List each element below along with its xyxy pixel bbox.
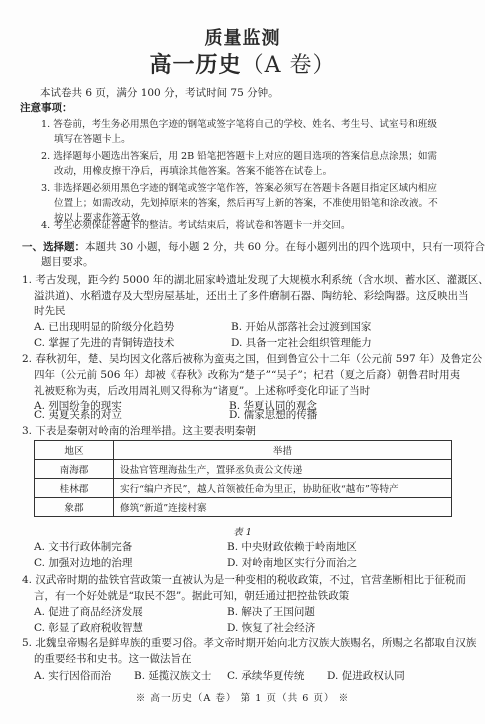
notice-item-2: 2. 选择题每小题选出答案后，用 2B 铅笔把答题卡上对应的题目选项的答案信息点…	[41, 150, 437, 164]
notice-item-2-cont: 改动，用橡皮擦干净后，再填涂其他答案。答案不能答在试卷上。	[54, 165, 332, 179]
section-heading: 一、选择题：本题共 30 小题，每小题 2 分，共 60 分。在每小题列出的四个…	[22, 240, 485, 254]
q1-option-a[interactable]: A. 已出现明显的阶级分化趋势	[34, 320, 174, 334]
q4-stem-cont: 言，有一个好处就是“取民不怨”。据此可知，朝廷通过把控盐铁政策	[34, 589, 349, 603]
q1-option-c[interactable]: C. 掌握了先进的青铜铸造技术	[34, 336, 174, 350]
page-footer: ※ 高一历史（A 卷） 第 1 页（共 6 页） ※	[0, 690, 485, 704]
table-row: 南海郡 设盐官管理海盐生产，置驿丞负责公文传递	[35, 460, 452, 479]
table-header-region: 地区	[35, 441, 114, 460]
table-cell-region: 象郡	[35, 498, 114, 517]
notice-item-1-cont: 填写在答题卡上。	[54, 133, 131, 147]
notice-item-3-cont: 位置上；如需改动，先划掉原来的答案，然后再写上新的答案，不准使用铅笔和涂改液。不	[54, 197, 438, 211]
q4-option-b[interactable]: B. 解决了王国问题	[227, 605, 315, 619]
section-desc-cont: 题目要求。	[41, 255, 94, 269]
table-cell-region: 南海郡	[35, 460, 114, 479]
notice-item-1: 1. 答卷前，考生务必用黑色字迹的钢笔或签字笔将自己的学校、姓名、考生号、试室号…	[41, 118, 437, 132]
section-desc: 本题共 30 小题，每小题 2 分，共 60 分。在每小题列出的四个选项中，只有…	[85, 241, 485, 253]
exam-subject-title: 高一历史（A 卷）	[0, 48, 485, 79]
q2-stem: 2. 春秋初年，楚、吴均因文化落后被称为蛮夷之国，但到鲁宣公十二年（公元前 59…	[22, 352, 482, 366]
q1-stem: 1. 考古发现，距今约 5000 年的湖北屈家岭遗址发现了大规模水利系统（含水坝…	[22, 273, 485, 287]
q2-stem-cont2: 礼被贬称为夷，后改用周礼则又得称为“诸夏”。上述称呼变化印证了当时	[34, 384, 370, 398]
subject-name: 高一历史	[150, 53, 242, 78]
exam-title: 质量监测	[0, 24, 485, 50]
q2-option-d[interactable]: D. 儒家思想的传播	[229, 408, 317, 422]
q1-option-d[interactable]: D. 具备一定社会组织管理能力	[231, 336, 372, 350]
notice-heading: 注意事项：	[20, 101, 73, 115]
q3-option-b[interactable]: B. 中央财政依赖于岭南地区	[227, 540, 357, 554]
q1-stem-cont: 溢洪道)、水稻遗存及大型房屋基址，还出土了多件磨制石器、陶纺轮、彩绘陶器。这反映…	[34, 289, 469, 303]
notice-item-4: 4. 考生必须保证答题卡的整洁。考试结束后，将试卷和答题卡一并交回。	[41, 219, 351, 233]
q4-stem: 4. 汉武帝时期的盐铁官营政策一直被认为是一种变相的税收政策，不过，官营垄断相比…	[22, 573, 466, 587]
q1-option-b[interactable]: B. 开始从部落社会过渡到国家	[231, 320, 371, 334]
q3-stem: 3. 下表是秦朝对岭南的治理举措。这主要表明秦朝	[22, 424, 256, 438]
governance-table: 地区 举措 南海郡 设盐官管理海盐生产，置驿丞负责公文传递 桂林郡 实行“编户齐…	[34, 440, 452, 517]
q5-option-a[interactable]: A. 实行因俗而治	[34, 669, 111, 683]
q4-option-c[interactable]: C. 彰显了政府税收智慧	[34, 621, 143, 635]
paper-version: （A 卷）	[242, 53, 336, 78]
table-header-row: 地区 举措	[35, 441, 452, 460]
exam-intro: 本试卷共 6 页，满分 100 分，考试时间 75 分钟。	[40, 86, 279, 100]
q5-option-d[interactable]: D. 促进政权认同	[327, 669, 405, 683]
table-row: 象郡 修筑“新道”连接村寨	[35, 498, 452, 517]
table-caption: 表 1	[0, 524, 485, 538]
q2-option-c[interactable]: C. 夷夏关系的对立	[34, 408, 122, 422]
q2-stem-cont: 四年（公元前 506 年）却被《春秋》改称为“楚子”“吴子”；杞君（夏之后裔）朝…	[34, 368, 460, 382]
q1-stem-cont2: 时先民	[34, 304, 66, 318]
table-cell-measure: 设盐官管理海盐生产，置驿丞负责公文传递	[114, 460, 452, 479]
q5-option-c[interactable]: C. 承续华夏传统	[227, 669, 304, 683]
q5-option-b[interactable]: B. 延揽汉族文士	[134, 669, 211, 683]
q4-option-d[interactable]: D. 恢复了社会经济	[227, 621, 315, 635]
table-row: 桂林郡 实行“编户齐民”，越人首领被任命为里正，协助征收“越布”等特产	[35, 479, 452, 498]
q3-option-a[interactable]: A. 文书行政体制完备	[34, 540, 132, 554]
exam-page: 质量监测 高一历史（A 卷） 本试卷共 6 页，满分 100 分，考试时间 75…	[0, 0, 485, 724]
q3-option-d[interactable]: D. 对岭南地区实行分而治之	[227, 556, 357, 570]
table-cell-measure: 实行“编户齐民”，越人首领被任命为里正，协助征收“越布”等特产	[114, 479, 452, 498]
table-header-measures: 举措	[114, 441, 452, 460]
q4-option-a[interactable]: A. 促进了商品经济发展	[34, 605, 143, 619]
section-label: 一、选择题：	[22, 241, 85, 253]
table-cell-measure: 修筑“新道”连接村寨	[114, 498, 452, 517]
q5-stem: 5. 北魏皇帝赐名是鲜卑族的重要习俗。孝文帝时期开始向北方汉族大族赐名，所赐之名…	[22, 636, 476, 650]
q5-stem-cont: 的重要经书和史书。这一做法旨在	[34, 652, 192, 666]
notice-item-3: 3. 非选择题必须用黑色字迹的钢笔或签字笔作答，答案必须写在答题卡各题目指定区域…	[41, 182, 437, 196]
q3-option-c[interactable]: C. 加强对边地的治理	[34, 556, 132, 570]
table-cell-region: 桂林郡	[35, 479, 114, 498]
